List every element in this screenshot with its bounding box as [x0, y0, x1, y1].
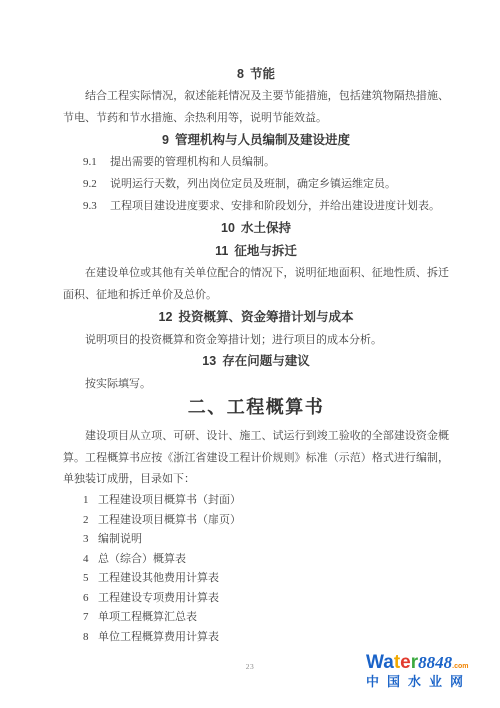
toc-number: 7 [83, 608, 92, 628]
section-number: 9 [162, 133, 169, 147]
toc-item-6: 6工程建设专项费用计算表 [83, 589, 469, 609]
toc-text: 工程建设其他费用计算表 [98, 572, 219, 584]
toc-number: 1 [83, 491, 92, 511]
logo-number: 8848 [418, 653, 452, 672]
section-number: 13 [202, 354, 216, 368]
section-title: 存在问题与建议 [222, 354, 310, 368]
section-number: 12 [159, 310, 173, 324]
toc-text: 工程建设项目概算书（扉页） [98, 514, 241, 526]
section-8-heading: 8节能 [63, 67, 449, 81]
subsection-text: 提出需要的管理机构和人员编制。 [110, 156, 275, 168]
part-number: 二、 [188, 397, 227, 417]
toc-item-4: 4总（综合）概算表 [83, 550, 469, 570]
part-2-heading: 二、工程概算书 [63, 397, 449, 417]
subsection-item-9-1: 9.1提出需要的管理机构和人员编制。 [63, 155, 469, 169]
subsection-item-9-2: 9.2说明运行天数，列出岗位定员及班制，确定乡镇运维定员。 [63, 177, 469, 191]
watermark-chinese-name: 中国水业网 [366, 675, 492, 688]
toc-number: 2 [83, 511, 92, 531]
logo-letter: r [411, 652, 418, 673]
toc-list: 1工程建设项目概算书（封面） 2工程建设项目概算书（扉页） 3编制说明 4总（综… [63, 491, 469, 647]
section-11-heading: 11征地与拆迁 [63, 244, 449, 258]
logo-tld: .com [452, 663, 468, 670]
section-title: 管理机构与人员编制及建设进度 [175, 133, 350, 147]
toc-item-3: 3编制说明 [83, 530, 469, 550]
toc-text: 工程建设项目概算书（封面） [98, 494, 241, 506]
logo-letter: e [400, 652, 411, 673]
section-number: 10 [221, 221, 235, 235]
toc-item-7: 7单项工程概算汇总表 [83, 608, 469, 628]
toc-text: 编制说明 [98, 533, 142, 545]
section-10-heading: 10水土保持 [63, 221, 449, 235]
section-title: 水土保持 [241, 221, 291, 235]
logo-letter: W [366, 652, 383, 673]
section-title: 节能 [250, 67, 275, 81]
document-page: 8节能 结合工程实际情况，叙述能耗情况及主要节能措施，包括建筑物隔热措施、节电、… [0, 0, 500, 708]
section-11-paragraph: 在建设单位或其他有关单位配合的情况下，说明征地面积、征地性质、拆迁面积、征地和拆… [63, 263, 449, 306]
toc-item-1: 1工程建设项目概算书（封面） [83, 491, 469, 511]
toc-item-5: 5工程建设其他费用计算表 [83, 569, 469, 589]
logo-letter: a [383, 652, 394, 673]
toc-item-2: 2工程建设项目概算书（扉页） [83, 511, 469, 531]
section-title: 征地与拆迁 [234, 244, 297, 258]
section-9-heading: 9管理机构与人员编制及建设进度 [63, 133, 449, 147]
toc-text: 单项工程概算汇总表 [98, 611, 197, 623]
subsection-number: 9.3 [83, 199, 101, 213]
toc-item-8: 8单位工程概算费用计算表 [83, 628, 469, 648]
watermark-brand: Water8848.com [366, 653, 492, 672]
section-12-paragraph: 说明项目的投资概算和资金筹措计划；进行项目的成本分析。 [63, 330, 449, 352]
section-12-heading: 12投资概算、资金筹措计划与成本 [63, 310, 449, 324]
section-number: 11 [215, 244, 228, 258]
subsection-text: 说明运行天数，列出岗位定员及班制，确定乡镇运维定员。 [110, 178, 396, 190]
toc-text: 单位工程概算费用计算表 [98, 631, 219, 643]
toc-text: 总（综合）概算表 [98, 553, 186, 565]
section-title: 投资概算、资金筹措计划与成本 [178, 310, 353, 324]
subsection-number: 9.1 [83, 155, 101, 169]
toc-number: 4 [83, 550, 92, 570]
part-2-paragraph: 建设项目从立项、可研、设计、施工、试运行到竣工验收的全部建设资金概算。工程概算书… [63, 426, 449, 491]
toc-number: 5 [83, 569, 92, 589]
toc-number: 8 [83, 628, 92, 648]
section-8-paragraph: 结合工程实际情况，叙述能耗情况及主要节能措施，包括建筑物隔热措施、节电、节药和节… [63, 86, 449, 129]
part-title: 工程概算书 [227, 397, 325, 417]
subsection-number: 9.2 [83, 177, 101, 191]
subsection-item-9-3: 9.3工程项目建设进度要求、安排和阶段划分，并给出建设进度计划表。 [63, 199, 469, 213]
section-13-paragraph: 按实际填写。 [63, 374, 449, 396]
section-13-heading: 13存在问题与建议 [63, 354, 449, 368]
section-number: 8 [237, 67, 244, 81]
toc-number: 6 [83, 589, 92, 609]
toc-number: 3 [83, 530, 92, 550]
toc-text: 工程建设专项费用计算表 [98, 592, 219, 604]
subsection-text: 工程项目建设进度要求、安排和阶段划分，并给出建设进度计划表。 [110, 200, 440, 212]
watermark-logo: Water8848.com 中国水业网 [366, 653, 492, 688]
